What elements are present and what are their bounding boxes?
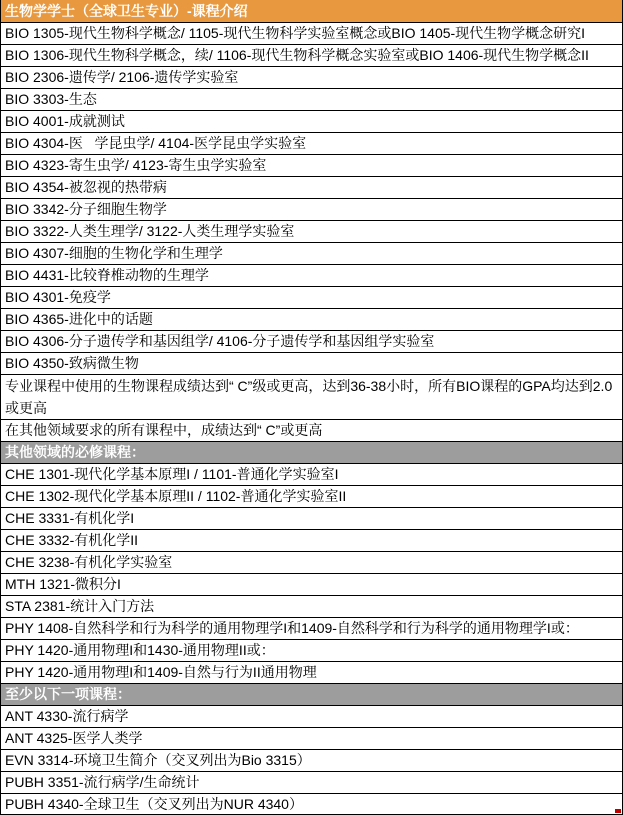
corner-marker (615, 809, 621, 813)
course-row: BIO 3342-分子细胞生物学 (1, 199, 622, 221)
course-row: BIO 4323-寄生虫学/ 4123-寄生虫学实验室 (1, 155, 622, 177)
course-row: BIO 4304-医 学昆虫学/ 4104-医学昆虫学实验室 (1, 133, 622, 155)
course-table: 生物学学士（全球卫生专业）-课程介绍 BIO 1305-现代生物科学概念/ 11… (0, 0, 623, 815)
course-row: CHE 3332-有机化学II (1, 530, 622, 552)
course-row: MTH 1321-微积分I (1, 574, 622, 596)
course-row: BIO 4350-致病微生物 (1, 353, 622, 375)
course-row: BIO 1305-现代生物科学概念/ 1105-现代生物科学实验室概念或BIO … (1, 23, 622, 45)
section-header-row: 其他领域的必修课程： (1, 442, 622, 464)
course-row: BIO 3303-生态 (1, 89, 622, 111)
course-row: PHY 1420-通用物理I和1430-通用物理II或： (1, 640, 622, 662)
course-row: BIO 4307-细胞的生物化学和生理学 (1, 243, 622, 265)
course-row: CHE 3331-有机化学I (1, 508, 622, 530)
course-row: PHY 1420-通用物理I和1409-自然与行为II通用物理 (1, 662, 622, 684)
course-row: STA 2381-统计入门方法 (1, 596, 622, 618)
table-title: 生物学学士（全球卫生专业）-课程介绍 (1, 0, 622, 23)
course-row: CHE 1301-现代化学基本原理I / 1101-普通化学实验室I (1, 464, 622, 486)
course-row: BIO 4431-比较脊椎动物的生理学 (1, 265, 622, 287)
course-row: BIO 4001-成就测试 (1, 111, 622, 133)
course-row: BIO 4354-被忽视的热带病 (1, 177, 622, 199)
course-row: BIO 3322-人类生理学/ 3122-人类生理学实验室 (1, 221, 622, 243)
course-row: BIO 1306-现代生物科学概念，续/ 1106-现代生物科学概念实验室或BI… (1, 45, 622, 67)
course-row: BIO 2306-遗传学/ 2106-遗传学实验室 (1, 67, 622, 89)
course-row: EVN 3314-环境卫生简介（交叉列出为Bio 3315） (1, 750, 622, 772)
course-row: BIO 4365-进化中的话题 (1, 309, 622, 331)
course-row: PHY 1408-自然科学和行为科学的通用物理学I和1409-自然科学和行为科学… (1, 618, 622, 640)
note-row: 专业课程中使用的生物课程成绩达到“ C”级或更高，达到36-38小时，所有BIO… (1, 375, 622, 420)
course-row: ANT 4325-医学人类学 (1, 728, 622, 750)
course-row: PUBH 4340-全球卫生（交叉列出为NUR 4340） (1, 794, 622, 815)
course-row: BIO 4301-免疫学 (1, 287, 622, 309)
course-row: CHE 1302-现代化学基本原理II / 1102-普通化学实验室II (1, 486, 622, 508)
course-row: 在其他领域要求的所有课程中，成绩达到“ C”或更高 (1, 420, 622, 442)
course-row: BIO 4306-分子遗传学和基因组学/ 4106-分子遗传学和基因组学实验室 (1, 331, 622, 353)
course-rows: BIO 1305-现代生物科学概念/ 1105-现代生物科学实验室概念或BIO … (1, 23, 622, 815)
section-header-row: 至少以下一项课程： (1, 684, 622, 706)
course-row: CHE 3238-有机化学实验室 (1, 552, 622, 574)
course-row: ANT 4330-流行病学 (1, 706, 622, 728)
course-row: PUBH 3351-流行病学/生命统计 (1, 772, 622, 794)
